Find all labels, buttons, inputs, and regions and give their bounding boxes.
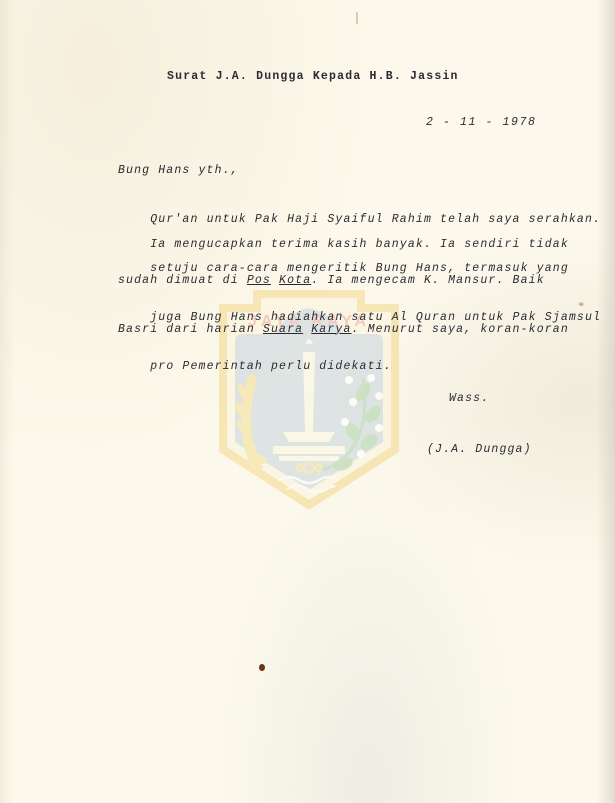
- body-line: sudah dimuat di Pos Kota. Ia mengecam K.…: [118, 274, 545, 287]
- body-text: sudah dimuat di: [118, 274, 247, 287]
- body-text: . Menurut saya, koran-koran: [352, 323, 569, 336]
- body-text: . Ia mengecam K. Mansur. Baik: [311, 274, 544, 287]
- salutation: Bung Hans yth.,: [118, 164, 239, 177]
- newspaper-name-karya: Karya: [311, 323, 351, 336]
- ink-stain: [259, 664, 265, 671]
- body-text: [271, 274, 279, 287]
- paper-page: JAYA RAYA: [0, 0, 615, 803]
- body-line: pro Pemerintah perlu didekati.: [118, 347, 392, 386]
- body-line: Basri dari harian Suara Karya. Menurut s…: [118, 323, 569, 336]
- newspaper-name-pos: Pos: [247, 274, 271, 287]
- body-text: pro Pemerintah perlu didekati.: [150, 360, 392, 373]
- paper-spot: [356, 12, 358, 24]
- newspaper-name-kota: Kota: [279, 274, 311, 287]
- body-text: Basri dari harian: [118, 323, 263, 336]
- signature: (J.A. Dungga): [427, 443, 532, 456]
- letter-title: Surat J.A. Dungga Kepada H.B. Jassin: [167, 70, 459, 83]
- closing: Wass.: [449, 392, 489, 405]
- newspaper-name-suara: Suara: [263, 323, 303, 336]
- letter-date: 2 - 11 - 1978: [426, 116, 537, 129]
